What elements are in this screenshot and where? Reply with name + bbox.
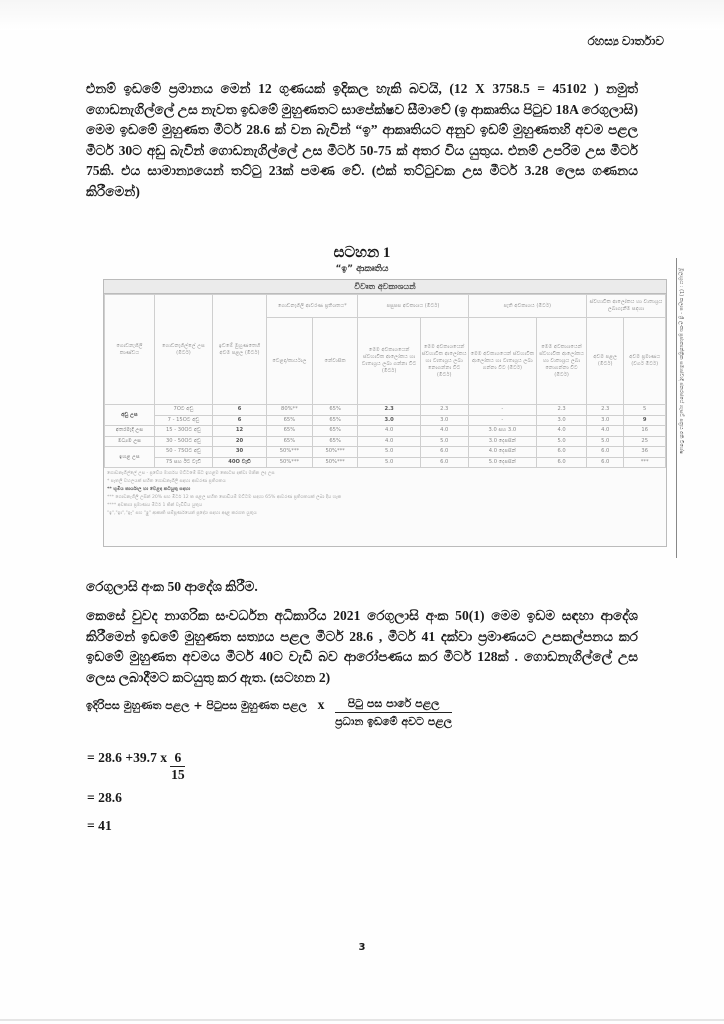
header-side-space: පැති අවකාශය (මීටර්) [468,295,586,318]
page-edge [0,1019,724,1021]
figure-caption: “ඉ” ආකෘතිය [0,264,724,274]
page-number: 3 [0,942,724,953]
paragraph-2: කෙසේ වුවද නාගරික සංවර්ධන අධිකාරිය 2021 ර… [86,606,638,688]
paragraph-1: එනම් ඉඩමේ ප්‍රමානය මෙන් 12 ගුණයක් ඉදිකල … [86,79,638,203]
formula-denominator: ප්‍රධාන ඉඩමේ අවට පළල [335,713,452,729]
table-note: *** ගොඩනැගිලි උසින් 20% සහ මීටර් 12 ක පළ… [107,494,663,502]
subheader: මෙම අවකාශයෙන් ස්වභාවික ආලෝකය හා වාතාශ්‍ර… [537,318,587,405]
document-header: රහස්‍ය වාර්තාව [588,34,664,49]
document-page: රහස්‍ය වාර්තාව එනම් ඉඩමේ ප්‍රමානය මෙන් 1… [0,0,724,1024]
side-source-note: මූලාශ්‍රය : (1) කලාප - ශ්‍රී ලංකා ප්‍රජා… [678,268,684,558]
formula: ඉදිරිපස මුහුණත පළල + පිටුපස මුහුණත පළල x… [86,697,452,729]
section-heading: රෙගුලාසි අංක 50 ආදේශ කිරීම. [86,579,258,595]
subheader: මෙම අවකාශයෙන් ස්වභාවික ආලෝකය හා වාතාශ්‍ර… [358,318,420,405]
calculation-line-1: = 28.6 +39.7 x 6 15 [87,750,185,783]
table-note: ** භූමිය කාර්යාල හා වෙළඳ කටයුතු සඳහා [107,486,663,494]
table-banner: විවෘත අවකාශයන් [104,280,666,294]
table-row: ඉහළ උස 50 - 75Oට අඩු 30 50%*** 50%*** 5.… [105,447,666,458]
subheader: අවම ප්‍රමාණය (වර්ග මීටර්) [624,318,666,405]
subheader: වෙළඳ/කාර්යාල [267,318,313,405]
table-row: 7 - 15Oට අඩු 6 65% 65% 3.0 3.0 - 3.0 3.0… [105,415,666,426]
subheader: නේවාසික [312,318,358,405]
table-row: අඩු උස 7Oට අඩු 6 80%** 65% 2.3 2.3 - 2.3… [105,405,666,416]
subheader: අවම පළල (මීටර්) [587,318,624,405]
table-note: **** අවකාශ ප්‍රමාණය මීටර් 1 කින් වැඩිවිය… [107,502,663,510]
calculation-line-2: = 28.6 [87,790,122,806]
table-note: "ඉ","ඉා","ඉෑ" සහ "ඉු" ආකෘති සම්පූර්ණයෙන්… [107,510,663,518]
formula-numerator: පිටු පස පාරේ පළල [335,697,452,713]
header-rear-space: පසුපස අවකාශය (මීටර්) [358,295,468,318]
figure-title: සටහන 1 [0,244,724,262]
formula-operator: x [318,697,325,712]
table-note: ගොඩනැගිල්ලේ උස - ප්‍රවේශ මාර්ගය මට්ටමේ ස… [107,470,663,478]
table-note: * පැතලි වහලයක් සහිත ගොඩනැගිලි සඳහා ආවරණ … [107,478,663,486]
header-light-ventilation: ස්වභාවික ආලෝකය හා වාතාශ්‍රය ලබාගැනීම සඳහ… [587,295,666,318]
regulation-table: ගොඩනැගිලි කාණ්ඩය ගොඩනැගිල්ලේ උස (මීටර්) … [104,294,666,468]
regulation-table-figure: විවෘත අවකාශයන් ගොඩනැගිලි කාණ්ඩය ගොඩනැගිල… [103,279,667,547]
calc-fraction: 6 15 [170,750,185,783]
header-frontage: ඉඩමේ මුහුණතෙහි අවම පළල (මීටර්) [213,295,267,405]
subheader: මෙම අවකාශයෙන් ස්වභාවික ආලෝකය හා වාතාශ්‍ර… [420,318,468,405]
table-row: අතරමැදි උස 15 - 30Oට අඩු 12 65% 65% 4.0 … [105,426,666,437]
table-row: 75 සහ ඊට වැඩි 40O වැඩි 50%*** 50%*** 5.0… [105,457,666,468]
scan-artifact [0,0,724,30]
calculation-line-3: = 41 [87,818,112,834]
header-height: ගොඩනැගිල්ලේ උස (මීටර්) [154,295,212,405]
formula-fraction: පිටු පස පාරේ පළල ප්‍රධාන ඉඩමේ අවට පළල [335,697,452,729]
table-notes: ගොඩනැගිල්ලේ උස - ප්‍රවේශ මාර්ගය මට්ටමේ ස… [104,468,666,520]
header-coverage: ගොඩනැගිලි ආවරණ ප්‍රතිශතය* [267,295,358,318]
table-row: මධ්‍යම උස 30 - 50Oට අඩු 20 65% 65% 4.0 5… [105,436,666,447]
header-category: ගොඩනැගිලි කාණ්ඩය [105,295,155,405]
formula-lhs: ඉදිරිපස මුහුණත පළල + පිටුපස මුහුණත පළල [86,699,307,712]
subheader: මෙම අවකාශයෙන් ස්වභාවික ආලෝකය හා වාතාශ්‍ර… [468,318,537,405]
